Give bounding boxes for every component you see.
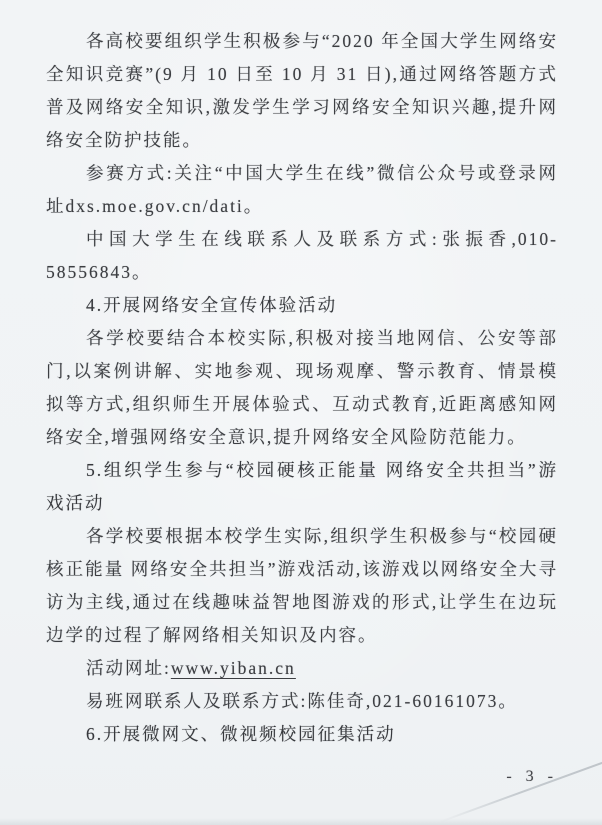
section-heading-5: 5.组织学生参与“校园硬核正能量 网络安全共担当”游戏活动	[46, 454, 558, 520]
section-heading-6: 6.开展微网文、微视频校园征集活动	[46, 718, 558, 751]
activity-url-label: 活动网址:	[86, 658, 171, 678]
activity-url-line: 活动网址:www.yiban.cn	[46, 652, 558, 685]
paragraph-participation-method: 参赛方式:关注“中国大学生在线”微信公众号或登录网址dxs.moe.gov.cn…	[46, 157, 558, 223]
scan-bottom-shadow	[0, 818, 602, 825]
paragraph-contest-intro: 各高校要组织学生积极参与“2020 年全国大学生网络安全知识竞赛”(9 月 10…	[46, 25, 558, 157]
page-number: - 3 -	[506, 768, 558, 786]
document-body: 各高校要组织学生积极参与“2020 年全国大学生网络安全知识竞赛”(9 月 10…	[46, 25, 558, 751]
paragraph-game-activity: 各学校要根据本校学生实际,组织学生积极参与“校园硬核正能量 网络安全共担当”游戏…	[46, 520, 558, 652]
activity-url-link: www.yiban.cn	[171, 658, 296, 678]
paragraph-contact-yiban: 易班网联系人及联系方式:陈佳奇,021-60161073。	[46, 685, 558, 718]
paragraph-contact-dxs: 中国大学生在线联系人及联系方式:张振香,010-58556843。	[46, 223, 558, 289]
paragraph-experience-activity: 各学校要结合本校实际,积极对接当地网信、公安等部门,以案例讲解、实地参观、现场观…	[46, 322, 558, 454]
section-heading-4: 4.开展网络安全宣传体验活动	[46, 289, 558, 322]
